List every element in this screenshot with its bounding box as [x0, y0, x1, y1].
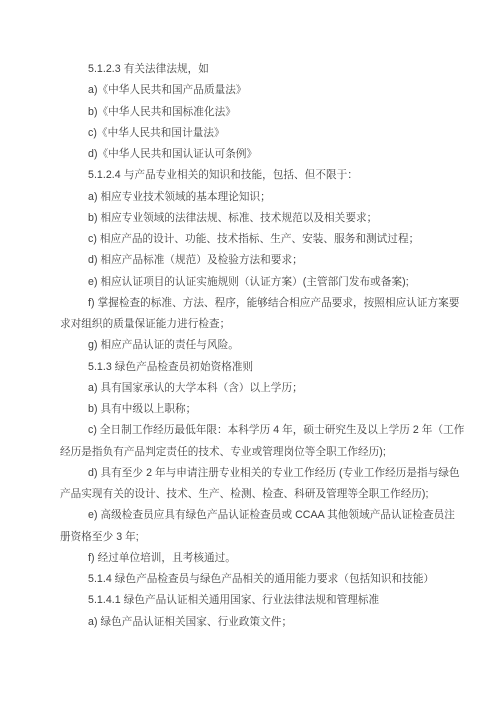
text-line: 经历是指负有产品判定责任的技术、专业或管理岗位等全职工作经历);: [60, 442, 460, 463]
document-page: { "page": { "background_color": "#ffffff…: [0, 0, 500, 707]
text-line: b)《中华人民共和国标准化法》: [60, 102, 460, 123]
text-line: a) 具有国家承认的大学本科（含）以上学历；: [60, 378, 460, 399]
text-line: d) 相应产品标准（规范）及检验方法和要求；: [60, 250, 460, 271]
text-line: d)《中华人民共和国认证认可条例》: [60, 144, 460, 165]
text-line: f) 经过单位培训，且考核通过。: [60, 548, 460, 569]
text-line: a) 相应专业技术领域的基本理论知识；: [60, 187, 460, 208]
text-line: a)《中华人民共和国产品质量法》: [60, 80, 460, 101]
text-line: 产品实现有关的设计、技术、生产、检测、检查、科研及管理等全职工作经历);: [60, 484, 460, 505]
text-line: c)《中华人民共和国计量法》: [60, 123, 460, 144]
text-line: 5.1.3 绿色产品检查员初始资格准则: [60, 357, 460, 378]
text-line: c) 全日制工作经历最低年限：本科学历 4 年，硕士研究生及以上学历 2 年（工…: [60, 420, 460, 441]
document-body: 5.1.2.3 有关法律法规，如a)《中华人民共和国产品质量法》b)《中华人民共…: [60, 59, 460, 633]
text-line: f) 掌握检查的标准、方法、程序，能够结合相应产品要求，按照相应认证方案要: [60, 293, 460, 314]
text-line: d) 具有至少 2 年与申请注册专业相关的专业工作经历 (专业工作经历是指与绿色: [60, 463, 460, 484]
text-line: 5.1.4.1 绿色产品认证相关通用国家、行业法律法规和管理标准: [60, 590, 460, 611]
text-line: 5.1.2.3 有关法律法规，如: [60, 59, 460, 80]
text-line: 求对组织的质量保证能力进行检查；: [60, 314, 460, 335]
page-background: 5.1.2.3 有关法律法规，如a)《中华人民共和国产品质量法》b)《中华人民共…: [0, 0, 500, 707]
text-line: e) 高级检查员应具有绿色产品认证检查员或 CCAA 其他领域产品认证检查员注: [60, 505, 460, 526]
text-line: b) 具有中级以上职称；: [60, 399, 460, 420]
text-line: 册资格至少 3 年;: [60, 527, 460, 548]
text-line: 5.1.4 绿色产品检查员与绿色产品相关的通用能力要求（包括知识和技能）: [60, 569, 460, 590]
text-line: a) 绿色产品认证相关国家、行业政策文件；: [60, 612, 460, 633]
text-line: g) 相应产品认证的责任与风险。: [60, 335, 460, 356]
text-line: 5.1.2.4 与产品专业相关的知识和技能，包括、但不限于：: [60, 165, 460, 186]
text-line: e) 相应认证项目的认证实施规则（认证方案）(主管部门发布或备案);: [60, 272, 460, 293]
text-line: c) 相应产品的设计、功能、技术指标、生产、安装、服务和测试过程；: [60, 229, 460, 250]
text-line: b) 相应专业领域的法律法规、标准、技术规范以及相关要求；: [60, 208, 460, 229]
